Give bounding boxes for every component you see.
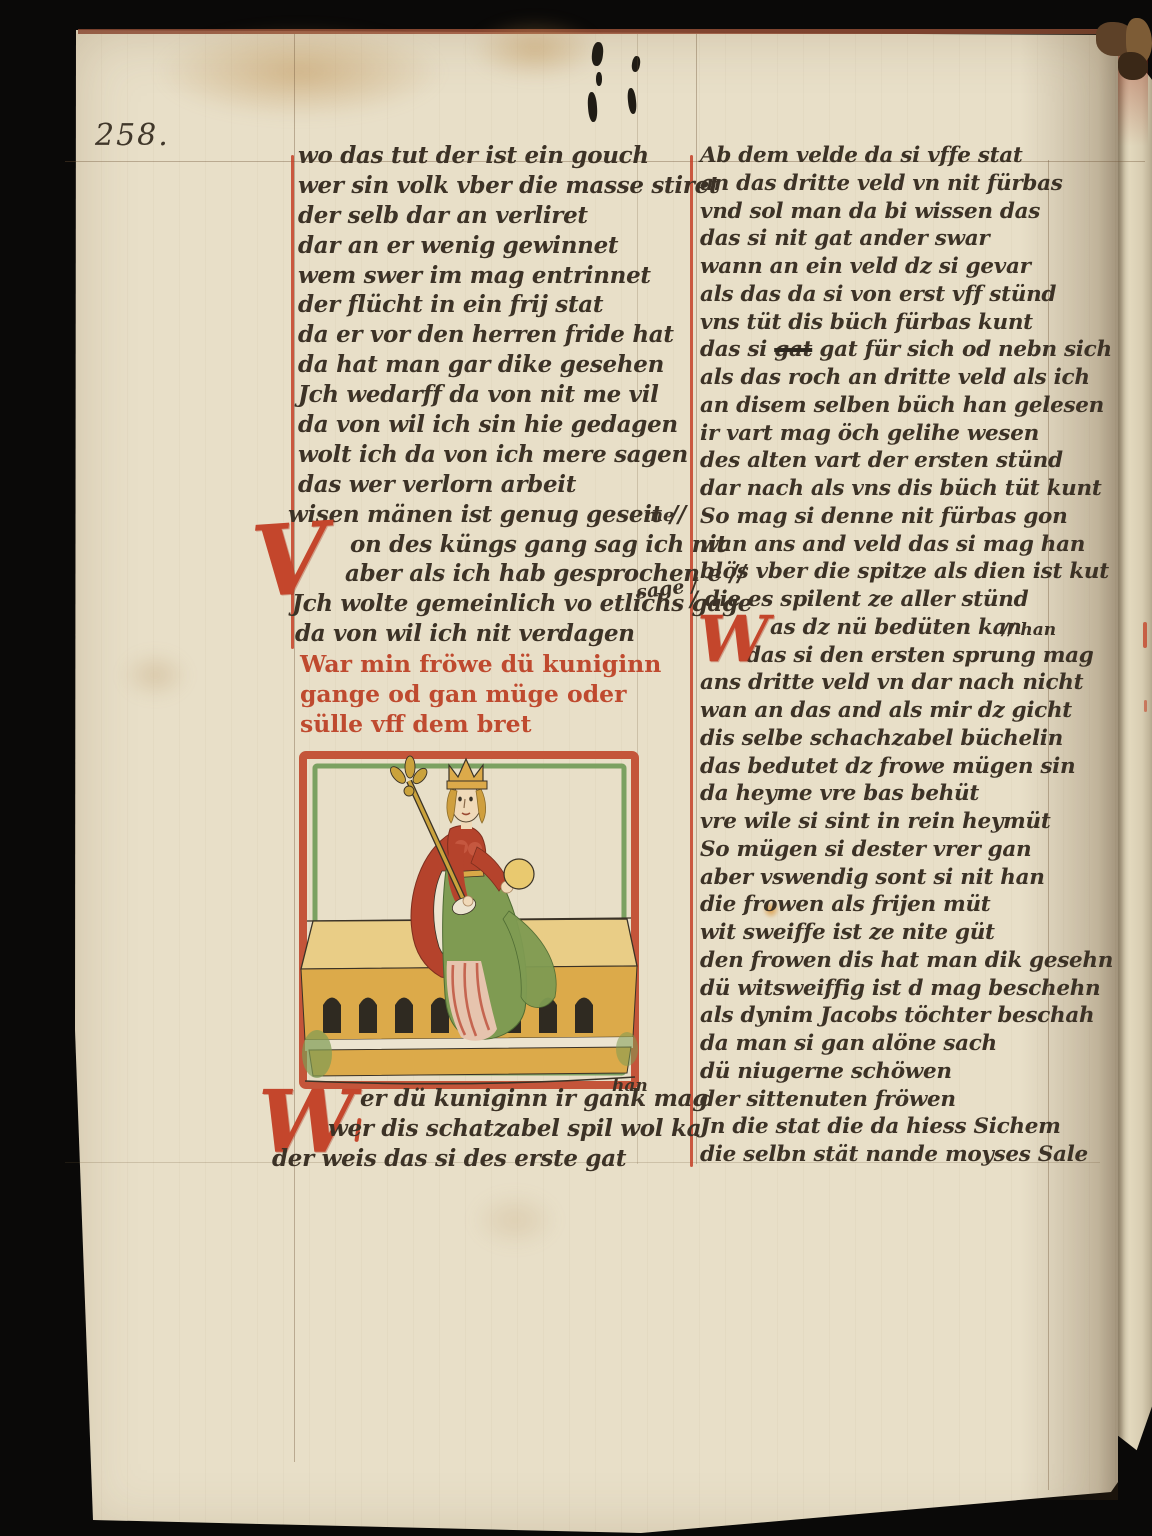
rubric-line: War min fröwe dü kuniginn: [300, 649, 661, 679]
text-line: vnd sol man da bi wissen das: [700, 198, 1080, 226]
queen-miniature: [299, 751, 639, 1091]
text-line: als das roch an dritte veld als ich: [700, 364, 1080, 392]
text-line: wit sweiffe ist ze nite güt: [700, 919, 1080, 947]
text-line: wer sin volk vber die masse stiret: [298, 171, 668, 201]
text-line: der flücht in ein frij stat: [298, 290, 668, 320]
green-patch: [616, 1032, 638, 1066]
text-line: So mag si denne nit fürbas gon: [700, 503, 1080, 531]
binding-fragment: [1118, 52, 1148, 80]
lower-left-block: er dü kuniginn ir gank mag wer dis schat…: [272, 1084, 708, 1174]
text-line: da man si gan alöne sach: [700, 1030, 1080, 1058]
text-line: da heyme vre bas behüt: [700, 780, 1080, 808]
text-line: an das dritte veld vn nit fürbas: [700, 170, 1080, 198]
text-line: das bedutet dz frowe mügen sin: [700, 753, 1080, 781]
text-line: als das da si von erst vff stünd: [700, 281, 1080, 309]
text-line: der sittenuten fröwen: [700, 1086, 1080, 1114]
rubric-block: War min fröwe dü kuniginn gange od gan m…: [300, 649, 661, 739]
text-line: wan an das and als mir dz gicht: [700, 697, 1080, 725]
text-line: aber als ich hab gesprochen e //: [345, 559, 668, 589]
text-line: Jch wedarff da von nit me vil: [298, 380, 668, 410]
sceptre-finial: [388, 756, 430, 796]
rubric-line: gange od gan müge oder: [300, 679, 661, 709]
rubric-line: sülle vff dem bret: [300, 709, 661, 739]
text-line: vre wile si sint in rein heymüt: [700, 808, 1080, 836]
text-line: dar nach als vns dis büch tüt kunt: [700, 475, 1080, 503]
text-line: er dü kuniginn ir gank mag: [360, 1084, 708, 1114]
text-line: die frowen als frijen müt: [700, 891, 1080, 919]
text-line: wann an ein veld dz si gevar: [700, 253, 1080, 281]
text-line: dar an er wenig gewinnet: [298, 231, 668, 261]
golden-orb: [504, 859, 534, 889]
stain: [155, 24, 445, 120]
stain: [470, 1190, 560, 1250]
stain: [470, 18, 600, 80]
text-line: wan ans and veld das si mag han: [700, 531, 1080, 559]
crown-band: [447, 781, 487, 789]
text-line: dis selbe schachzabel büchelin: [700, 725, 1080, 753]
page-number: 258.: [95, 118, 170, 153]
text-line: wer dis schatzabel spil wol ka: [328, 1114, 708, 1144]
text-line: das si nit gat ander swar: [700, 225, 1080, 253]
green-patch: [302, 1030, 332, 1078]
next-page-edge: [1118, 36, 1152, 1494]
text-line: da er vor den herren fride hat: [298, 320, 668, 350]
text-line: da von wil ich sin hie gedagen: [298, 410, 668, 440]
text-line: Jch wolte gemeinlich vo etlichs gage: [292, 589, 668, 619]
text-line: ir vart mag öch gelihe wesen: [700, 420, 1080, 448]
text-line: als dynim Jacobs töchter beschah: [700, 1002, 1080, 1030]
text-line: wem swer im mag entrinnet: [298, 261, 668, 291]
pen-trial-mark: [596, 72, 602, 86]
text-line: da von wil ich nit verdagen: [295, 619, 668, 649]
struck-word: gat: [774, 337, 812, 362]
text-line: blös vber die spitze als dien ist kut: [700, 558, 1080, 586]
text-line: die selbn stät nande moyses Sale: [700, 1141, 1080, 1169]
text-line: das wer verlorn arbeit: [298, 470, 668, 500]
text-line: dü witsweiffig ist d mag beschehn: [700, 975, 1080, 1003]
text-line: So mügen si dester vrer gan: [700, 836, 1080, 864]
text-line: on des küngs gang sag ich nit: [350, 530, 668, 560]
next-leaf-red-mark: [1144, 700, 1147, 712]
text-line: das si den ersten sprung mag: [746, 642, 1080, 670]
text-line: an disem selben büch han gelesen: [700, 392, 1080, 420]
text-line: dü niugerne schöwen: [700, 1058, 1080, 1086]
text-line: wolt ich da von ich mere sagen: [298, 440, 668, 470]
next-leaf-red-mark: [1143, 622, 1147, 648]
superscript-han-right: // han: [1002, 620, 1056, 640]
text-line: des alten vart der ersten stünd: [700, 447, 1080, 475]
ruling-vertical-left: [294, 34, 295, 1462]
text-line: der selb dar an verliret: [298, 201, 668, 231]
text-line: den frowen dis hat man dik gesehn: [700, 947, 1080, 975]
lombard-initial-v: V: [249, 509, 332, 612]
bench-base: [309, 1047, 631, 1076]
text-line: Jn die stat die da hiess Sichem: [700, 1113, 1080, 1141]
text-line: wo das tut der ist ein gouch: [298, 141, 668, 171]
text-line: da hat man gar dike gesehen: [298, 350, 668, 380]
column-left: wo das tut der ist ein gouch wer sin vol…: [298, 141, 668, 649]
manuscript-photo: 258. wo das tut der ist ein gouch wer si…: [0, 0, 1152, 1536]
marginal-word-me: me: [644, 505, 675, 526]
queen-miniature-svg: [299, 751, 639, 1091]
red-ink-line-right: [690, 155, 693, 1167]
text-line: wisen mänen ist genug geseit //: [288, 500, 668, 530]
stain: [120, 650, 190, 700]
text-line: Ab dem velde da si vffe stat: [700, 142, 1080, 170]
lombard-initial-w-right: W: [697, 608, 769, 672]
text-line: vns tüt dis büch fürbas kunt: [700, 309, 1080, 337]
right-hand: [463, 896, 473, 906]
text-line: aber vswendig sont si nit han: [700, 864, 1080, 892]
text-line: der weis das si des erste gat: [272, 1144, 708, 1174]
text-line: das si gat gat für sich od nebn sich: [700, 336, 1080, 364]
